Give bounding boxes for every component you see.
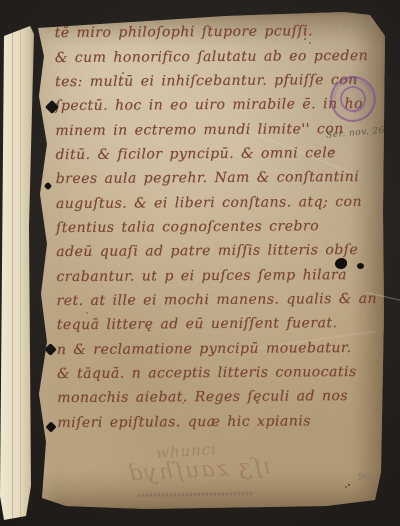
manuscript-line: ret. at ille ei mochi manens. qualis & a… — [56, 287, 356, 313]
manuscript-line: ſpectū. hoc in eo uiro mirabile ē. in ho — [55, 92, 355, 118]
manuscript-line: & cum honorifico ſalutatu ab eo pceden — [55, 43, 355, 69]
manuscript-line: tequā litterę ad eū ueniſſent fuerat. — [57, 311, 357, 337]
fold-line — [20, 26, 21, 520]
facing-page-edge — [0, 26, 34, 520]
manuscript-line: adeū quaſi ad patre miſſis litteris obſe — [56, 238, 356, 264]
ink-specks — [122, 72, 124, 74]
manuscript-text-block: tē miro philoſophi ſtupore pcuſſi. & cum… — [55, 19, 358, 435]
manuscript-line: ditū. & ficilor pyncipū. & omni cele — [55, 141, 355, 167]
manuscript-line: tē miro philoſophi ſtupore pcuſſi. — [55, 19, 355, 45]
ink-blot — [357, 263, 364, 269]
wormhole-mark — [44, 343, 57, 356]
faint-stamp-line — [138, 492, 254, 497]
manuscript-line: monachis aiebat. Reges ſęculi ad nos — [57, 384, 357, 410]
wormhole-mark — [45, 421, 56, 432]
manuscript-line: auguſtus. & ei liberi conſtans. atq; con — [56, 189, 356, 215]
manuscript-line: & tāquā. n acceptis litteris conuocatis — [57, 360, 357, 386]
manuscript-line: tes: multū ei inhiſcebantur. pfuiſſe con — [55, 68, 355, 94]
ink-blot — [335, 258, 347, 269]
folio-number-note: n 25 — [342, 18, 379, 31]
manuscript-line: ſtentius talia cognoſcentes crebro — [56, 214, 356, 240]
fold-line — [12, 26, 13, 520]
manuscript-line: crabantur. ut p ei puſces ſemp hilara — [56, 262, 356, 288]
page-number-note: 96/3 — [358, 472, 379, 483]
wormhole-mark — [44, 182, 52, 190]
manuscript-line: brees aula pegrehr. Nam & conſtantini — [56, 165, 356, 191]
show-through-text-large: ıſʒ zauſhyd — [81, 452, 317, 489]
manuscript-line: minem in ectremo mundi limite'' con — [55, 116, 355, 142]
manuscript-photo: tē miro philoſophi ſtupore pcuſſi. & cum… — [0, 0, 400, 526]
manuscript-line: n & reclamatione pyncipū mouebatur. — [57, 335, 357, 361]
parchment-page: tē miro philoſophi ſtupore pcuſſi. & cum… — [26, 12, 386, 510]
manuscript-line: miſeri epiſtulas. quæ hic xpianis — [57, 408, 357, 434]
